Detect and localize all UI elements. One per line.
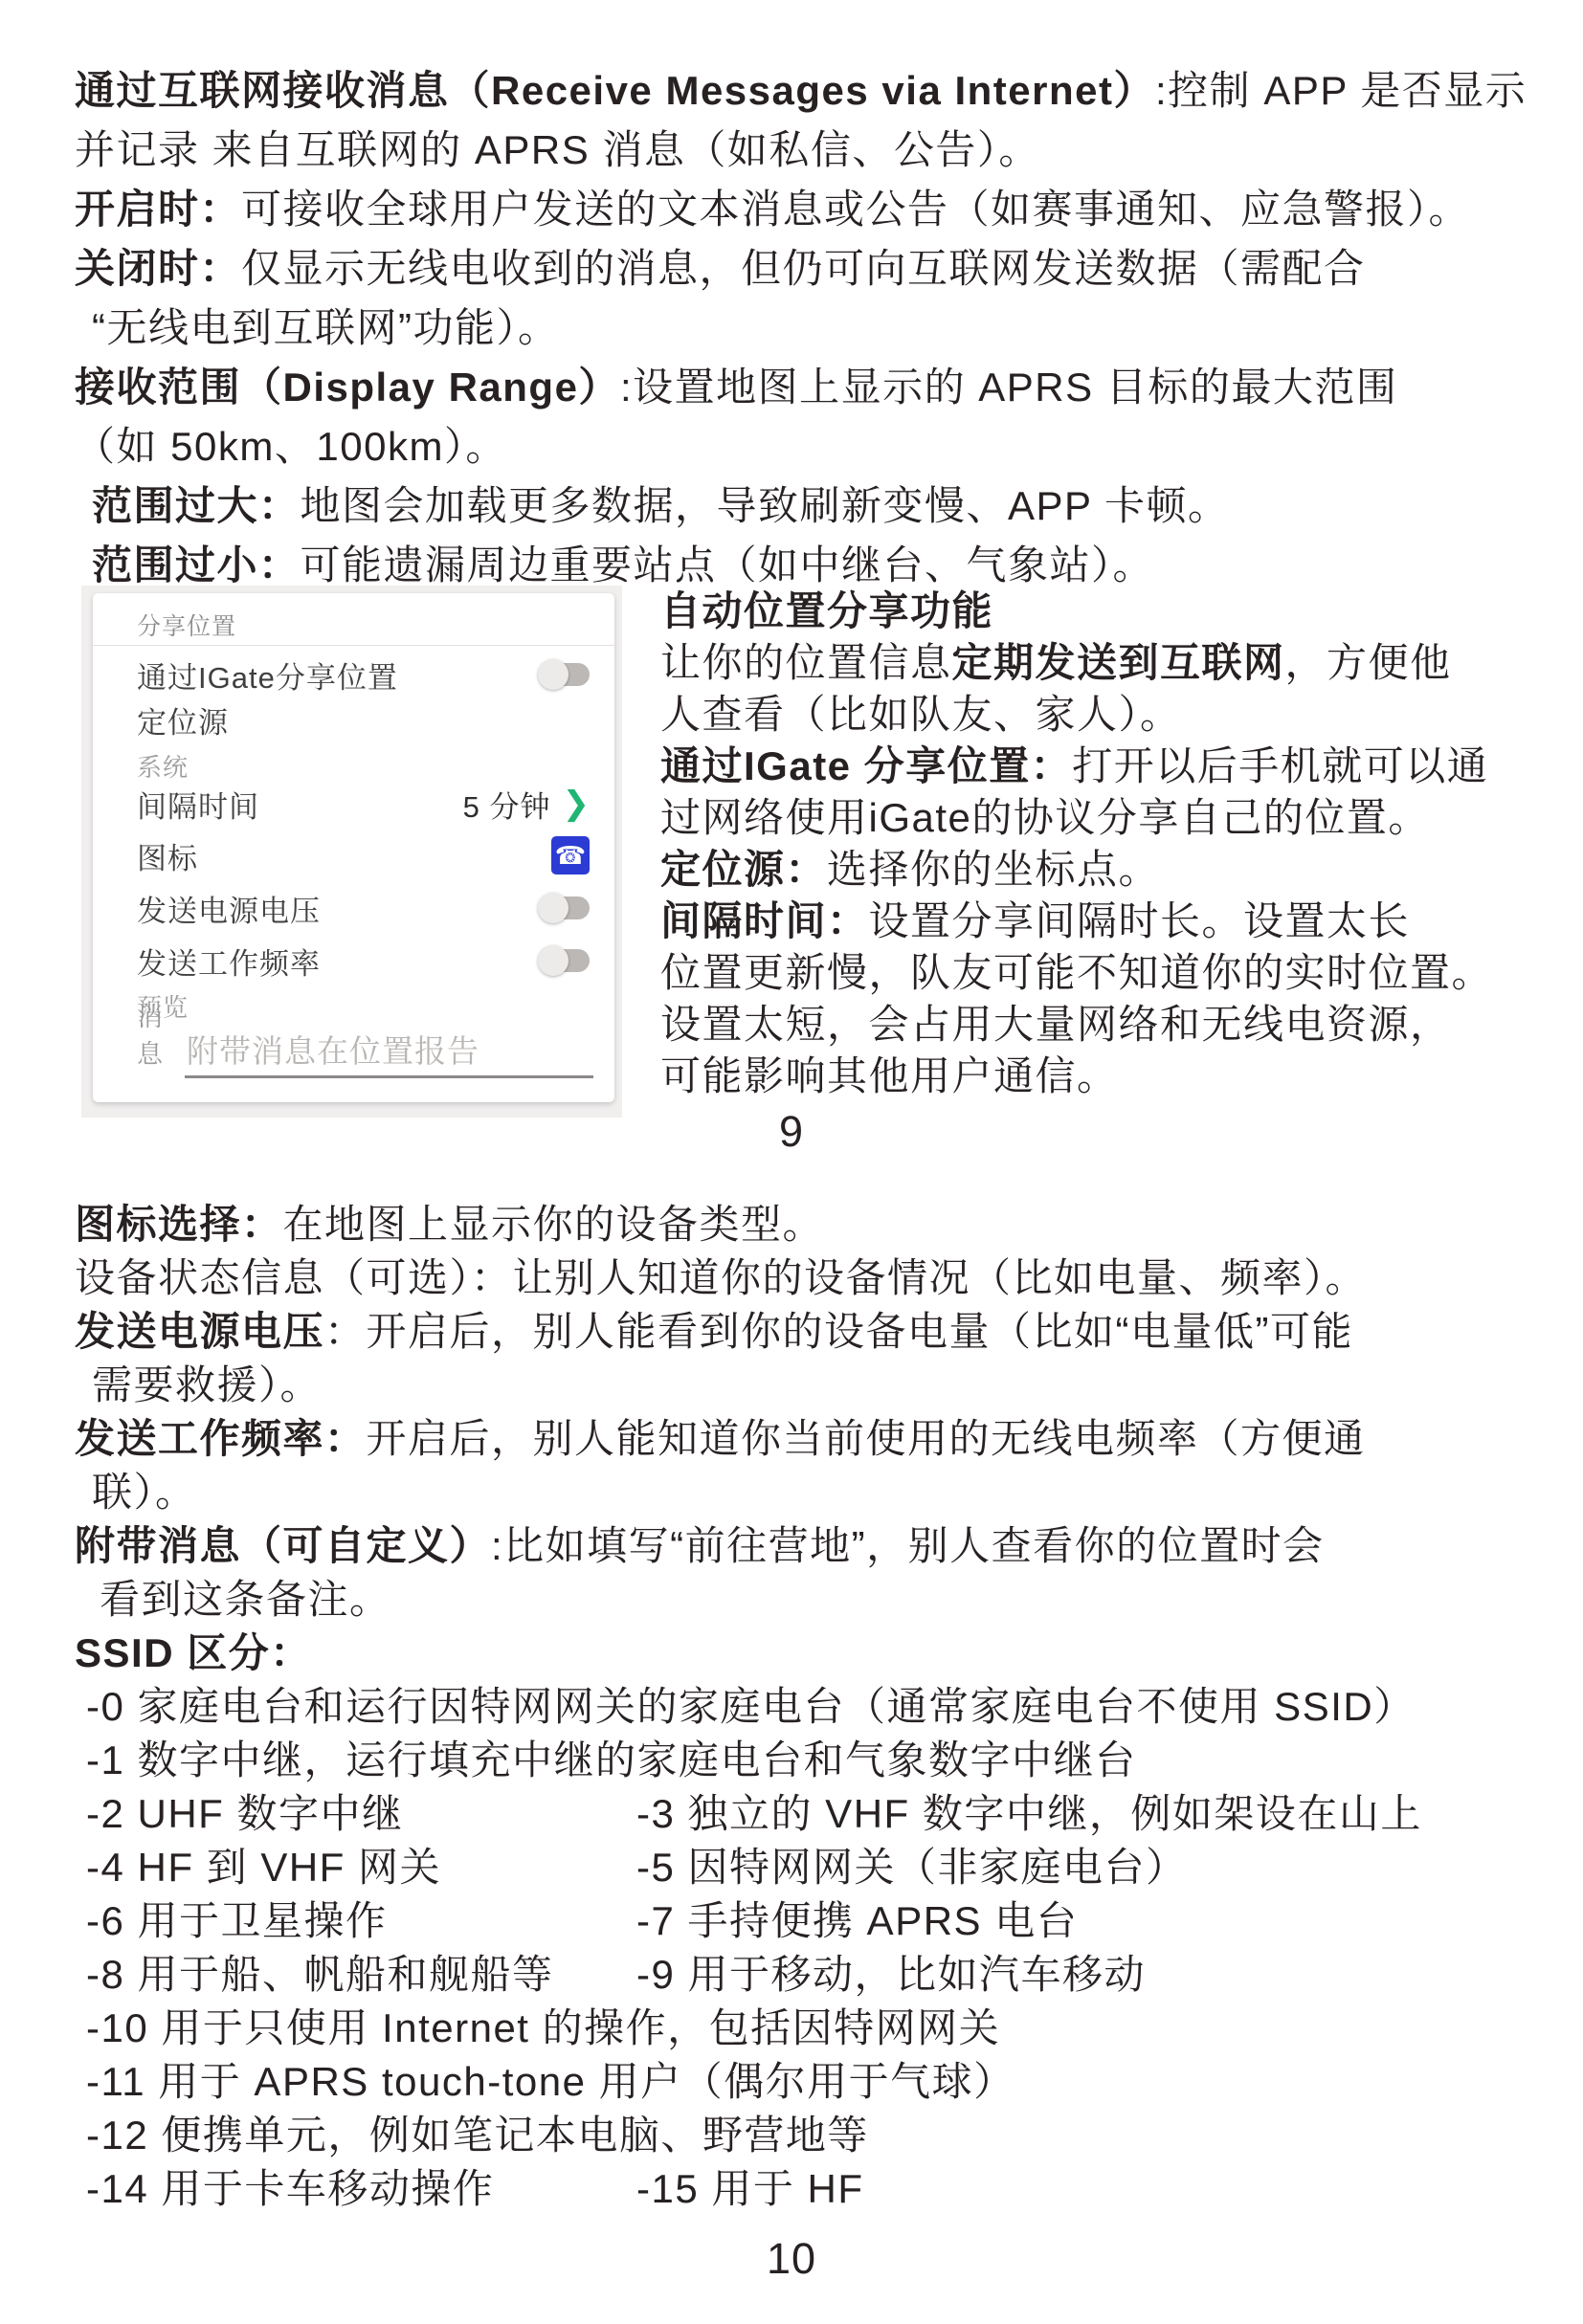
ssid-item-9: -9 用于移动，比如汽车移动 <box>636 1948 1146 2002</box>
para-auto-share-2: 人查看（比如队友、家人）。 <box>660 689 1522 741</box>
text-run: -10 用于只使用 Internet 的操作，包括因特网网关 <box>86 2005 1000 2050</box>
row-interval[interactable]: 间隔时间 5 分钟 ❯ <box>137 778 590 830</box>
text-run: 可能影响其他用户通信。 <box>660 1053 1119 1098</box>
term-send-voltage: 发送电源电压 <box>75 1309 324 1354</box>
share-via-igate-label: 通过IGate分享位置 <box>137 653 398 697</box>
text-run: ，方便他 <box>1285 640 1452 685</box>
text-run: :控制 APP 是否显示 <box>1155 68 1527 113</box>
term-igate-share: 通过IGate 分享位置： <box>660 743 1072 788</box>
ssid-row-4-5: -4 HF 到 VHF 网关-5 因特网网关（非家庭电台） <box>75 1841 1573 1894</box>
preview-label-row: 预览 <box>137 986 590 1025</box>
text-run: 位置更新慢，队友可能不知道你的实时位置。 <box>660 950 1493 995</box>
term-auto-share: 自动位置分享功能 <box>660 588 993 633</box>
text-run: 地图会加载更多数据，导致刷新变慢、APP 卡顿。 <box>301 483 1230 528</box>
app-screenshot: 分享位置 通过IGate分享位置 定位源 系统 间隔时间 5 分钟 ❯ 图标 ☎ <box>81 586 622 1118</box>
para-auto-share-1: 让你的位置信息定期发送到互联网，方便他 <box>660 637 1522 689</box>
ssid-row-6-7: -6 用于卫星操作-7 手持便携 APRS 电台 <box>75 1894 1573 1948</box>
text-run: 可能遗漏周边重要站点（如中继台、气象站）。 <box>301 542 1155 587</box>
send-voltage-toggle[interactable] <box>538 893 590 923</box>
text-run: -0 家庭电台和运行因特网网关的家庭电台（通常家庭电台不使用 SSID） <box>86 1684 1416 1729</box>
text-run: 让你的位置信息 <box>660 640 952 685</box>
text-run: -1 数字中继，运行填充中继的家庭电台和气象数字中继台 <box>86 1737 1137 1782</box>
para-receive-internet-2: 并记录 来自互联网的 APRS 消息（如私信、公告）。 <box>75 121 1573 180</box>
toggle-thumb <box>538 945 569 976</box>
text-run: -12 便携单元，例如笔记本电脑、野营地等 <box>86 2113 869 2158</box>
para-location-source: 定位源：选择你的坐标点。 <box>660 844 1522 896</box>
text-run: 设备状态信息（可选）：让别人知道你的设备情况（比如电量、频率）。 <box>75 1255 1367 1300</box>
para-igate-share-2: 过网络使用iGate的协议分享自己的位置。 <box>660 792 1522 844</box>
para-receive-internet: 通过互联网接收消息（Receive Messages via Internet）… <box>75 61 1573 121</box>
row-location-source[interactable]: 定位源 系统 <box>137 703 590 778</box>
term-interval: 间隔时间： <box>660 898 869 943</box>
para-display-range-2: （如 50km、100km）。 <box>75 417 1573 476</box>
ssid-item-11: -11 用于 APRS touch-tone 用户（偶尔用于气球） <box>75 2055 1573 2109</box>
text-run: “无线电到互联网”功能）。 <box>92 305 559 350</box>
text-run: 仅显示无线电收到的消息，但仍可向互联网发送数据（需配合 <box>241 246 1366 291</box>
message-input[interactable] <box>185 1033 593 1078</box>
text-run: 并记录 来自互联网的 APRS 消息（如私信、公告）。 <box>75 127 1040 172</box>
ssid-item-3: -3 独立的 VHF 数字中继，例如架设在山上 <box>636 1787 1422 1841</box>
send-voltage-label: 发送电源电压 <box>137 887 321 930</box>
interval-value-group: 5 分钟 ❯ <box>463 783 590 826</box>
ssid-item-1: -1 数字中继，运行填充中继的家庭电台和气象数字中继台 <box>75 1734 1573 1787</box>
ssid-item-6: -6 用于卫星操作 <box>86 1894 636 1948</box>
ssid-row-14-15: -14 用于卡车移动操作-15 用于 HF <box>75 2162 1573 2216</box>
text-run: 开启后，别人能知道你当前使用的无线电频率（方便通 <box>367 1416 1366 1461</box>
ssid-item-0: -0 家庭电台和运行因特网网关的家庭电台（通常家庭电台不使用 SSID） <box>75 1680 1573 1734</box>
ssid-item-7: -7 手持便携 APRS 电台 <box>636 1894 1078 1948</box>
send-frequency-toggle[interactable] <box>538 945 590 976</box>
term-ssid: SSID 区分： <box>75 1630 312 1675</box>
page-number-9: 9 <box>0 1107 1583 1157</box>
chevron-right-icon: ❯ <box>563 787 591 820</box>
ssid-item-2: -2 UHF 数字中继 <box>86 1787 636 1841</box>
para-interval-2: 位置更新慢，队友可能不知道你的实时位置。 <box>660 947 1522 999</box>
text-run: 过网络使用iGate的协议分享自己的位置。 <box>660 795 1430 840</box>
text-run: 需要救援）。 <box>92 1362 322 1407</box>
ssid-item-12: -12 便携单元，例如笔记本电脑、野营地等 <box>75 2109 1573 2162</box>
para-send-frequency: 发送工作频率：开启后，别人能知道你当前使用的无线电频率（方便通 <box>75 1412 1573 1466</box>
row-send-frequency[interactable]: 发送工作频率 <box>137 935 590 986</box>
toggle-thumb <box>538 893 569 923</box>
text-run: :比如填写“前往营地”，别人查看你的位置时会 <box>491 1523 1325 1568</box>
para-when-off-2: “无线电到互联网”功能）。 <box>75 299 1573 358</box>
para-range-too-big: 范围过大：地图会加载更多数据，导致刷新变慢、APP 卡顿。 <box>75 476 1573 536</box>
phone-icon[interactable]: ☎ <box>551 836 590 874</box>
text-run: 选择你的坐标点。 <box>827 847 1160 892</box>
para-icon-select: 图标选择：在地图上显示你的设备类型。 <box>75 1198 1573 1251</box>
para-interval: 间隔时间：设置分享间隔时长。设置太长 <box>660 896 1522 947</box>
term-receive-internet: 通过互联网接收消息（Receive Messages via Internet） <box>75 68 1155 113</box>
text-run: 看到这条备注。 <box>100 1577 391 1622</box>
text-run: 在地图上显示你的设备类型。 <box>283 1202 825 1247</box>
text-run: 设置太短，会占用大量网络和无线电资源， <box>660 1002 1452 1047</box>
share-location-panel: 分享位置 通过IGate分享位置 定位源 系统 间隔时间 5 分钟 ❯ 图标 ☎ <box>93 593 614 1102</box>
location-source-label: 定位源 <box>137 698 229 741</box>
ssid-item-14: -14 用于卡车移动操作 <box>86 2162 636 2216</box>
text-run: 打开以后手机就可以通 <box>1072 743 1488 788</box>
term-periodic-send: 定期发送到互联网 <box>952 640 1285 685</box>
para-when-on: 开启时：可接收全球用户发送的文本消息或公告（如赛事通知、应急警报）。 <box>75 180 1573 239</box>
text-run: 人查看（比如队友、家人）。 <box>660 692 1182 737</box>
term-range-too-small: 范围过小： <box>92 542 301 587</box>
para-send-voltage-2: 需要救援）。 <box>75 1359 1573 1412</box>
icon-label: 图标 <box>137 834 198 877</box>
auto-share-section: 自动位置分享功能 让你的位置信息定期发送到互联网，方便他 人查看（比如队友、家人… <box>660 586 1522 1102</box>
text-run: （如 50km、100km）。 <box>75 424 507 469</box>
message-label: 消息 <box>137 996 164 1071</box>
term-when-on: 开启时： <box>75 187 241 232</box>
text-run: -11 用于 APRS touch-tone 用户（偶尔用于气球） <box>86 2059 1015 2104</box>
heading-auto-share: 自动位置分享功能 <box>660 586 1522 637</box>
para-attached-message-2: 看到这条备注。 <box>75 1573 1573 1627</box>
para-send-voltage: 发送电源电压：开启后，别人能看到你的设备电量（比如“电量低”可能 <box>75 1305 1573 1359</box>
interval-value: 5 分钟 <box>463 783 551 826</box>
page10-section: 图标选择：在地图上显示你的设备类型。 设备状态信息（可选）：让别人知道你的设备情… <box>75 1198 1573 2216</box>
text-run: 联）。 <box>92 1470 197 1515</box>
ssid-item-15: -15 用于 HF <box>636 2162 864 2216</box>
interval-label: 间隔时间 <box>137 783 259 826</box>
term-icon-select: 图标选择： <box>75 1202 283 1247</box>
ssid-item-5: -5 因特网网关（非家庭电台） <box>636 1841 1188 1894</box>
ssid-item-8: -8 用于船、帆船和舰船等 <box>86 1948 636 2002</box>
send-frequency-label: 发送工作频率 <box>137 940 321 983</box>
text-run: 可接收全球用户发送的文本消息或公告（如赛事通知、应急警报）。 <box>241 187 1470 232</box>
para-interval-4: 可能影响其他用户通信。 <box>660 1051 1522 1102</box>
term-location-source: 定位源： <box>660 847 827 892</box>
row-send-voltage[interactable]: 发送电源电压 <box>137 881 590 935</box>
row-share-via-igate[interactable]: 通过IGate分享位置 <box>137 646 590 703</box>
para-attached-message: 附带消息（可自定义）:比如填写“前往营地”，别人查看你的位置时会 <box>75 1519 1573 1573</box>
ssid-item-10: -10 用于只使用 Internet 的操作，包括因特网网关 <box>75 2002 1573 2055</box>
para-igate-share: 通过IGate 分享位置：打开以后手机就可以通 <box>660 741 1522 792</box>
para-send-frequency-2: 联）。 <box>75 1466 1573 1519</box>
para-display-range: 接收范围（Display Range）:设置地图上显示的 APRS 目标的最大范… <box>75 358 1573 417</box>
para-when-off: 关闭时：仅显示无线电收到的消息，但仍可向互联网发送数据（需配合 <box>75 239 1573 299</box>
text-run: ：开启后，别人能看到你的设备电量（比如“电量低”可能 <box>324 1309 1353 1354</box>
page-number-10: 10 <box>0 2234 1583 2284</box>
row-icon[interactable]: 图标 ☎ <box>137 830 590 881</box>
term-send-frequency: 发送工作频率： <box>75 1416 367 1461</box>
ssid-row-8-9: -8 用于船、帆船和舰船等-9 用于移动，比如汽车移动 <box>75 1948 1573 2002</box>
intro-section: 通过互联网接收消息（Receive Messages via Internet）… <box>75 61 1573 595</box>
text-run: :设置地图上显示的 APRS 目标的最大范围 <box>620 365 1397 409</box>
term-display-range: 接收范围（Display Range） <box>75 365 620 409</box>
panel-title: 分享位置 <box>137 605 590 645</box>
share-via-igate-toggle[interactable] <box>538 659 590 690</box>
toggle-thumb <box>538 659 569 690</box>
heading-ssid: SSID 区分： <box>75 1627 1573 1680</box>
term-when-off: 关闭时： <box>75 246 241 291</box>
ssid-row-2-3: -2 UHF 数字中继-3 独立的 VHF 数字中继，例如架设在山上 <box>75 1787 1573 1841</box>
text-run: 设置分享间隔时长。设置太长 <box>869 898 1411 943</box>
row-message: 消息 <box>137 1025 590 1084</box>
term-range-too-big: 范围过大： <box>92 483 301 528</box>
para-device-status: 设备状态信息（可选）：让别人知道你的设备情况（比如电量、频率）。 <box>75 1251 1573 1305</box>
term-attached-message: 附带消息（可自定义） <box>75 1523 491 1568</box>
para-interval-3: 设置太短，会占用大量网络和无线电资源， <box>660 999 1522 1051</box>
ssid-item-4: -4 HF 到 VHF 网关 <box>86 1841 636 1894</box>
